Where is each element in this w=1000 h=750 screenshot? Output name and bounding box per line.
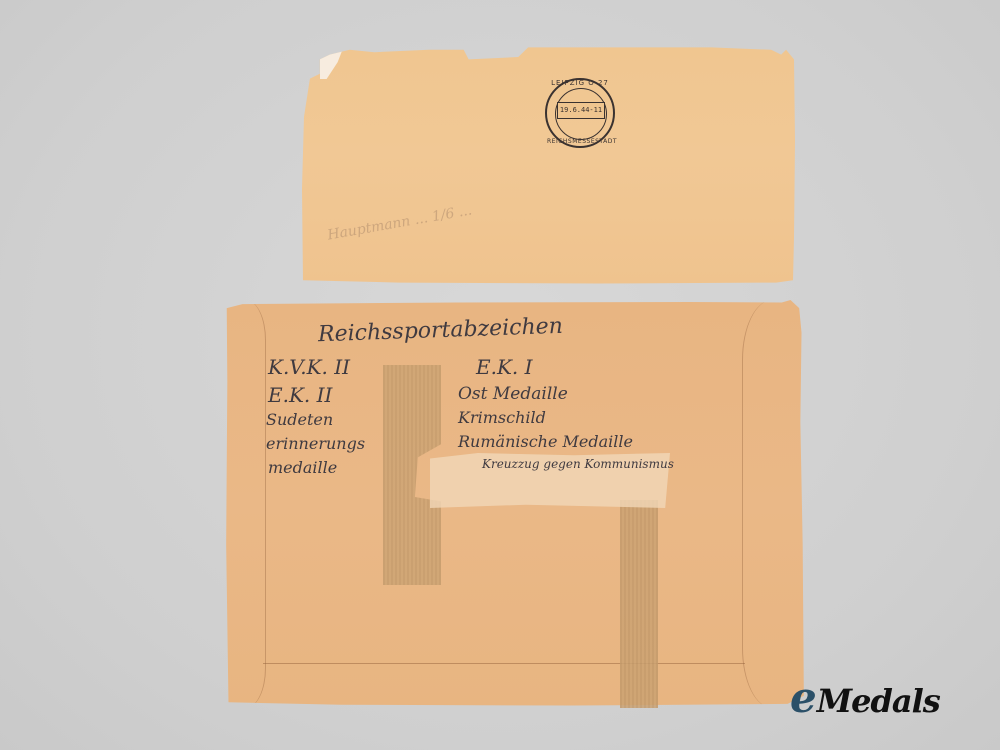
postmark-stamp: LEIPZIG O 27 19.6.44-11 REICHSMESSESTADT (545, 78, 615, 148)
handwriting-left-line: K.V.K. II (268, 355, 350, 379)
postmark-bottom-text: REICHSMESSESTADT (547, 138, 613, 145)
handwriting-right-line: E.K. I (476, 355, 533, 379)
envelope-left-flap (225, 300, 266, 708)
handwriting-left-line: medaille (268, 458, 337, 477)
handwriting-right-line: Krimschild (458, 408, 546, 427)
logo-e: e (790, 673, 817, 722)
handwriting-right-line: Kreuzzug gegen Kommunismus (482, 457, 674, 471)
handwriting-right-line: Ost Medaille (458, 384, 568, 404)
envelope-right-flap (742, 300, 805, 708)
handwriting-left-line: erinnerungs (266, 434, 365, 453)
tape-residue (620, 500, 658, 708)
handwriting-left-line: Sudeten (266, 410, 333, 429)
postmark-top-text: LEIPZIG O 27 (547, 79, 613, 87)
logo-text: Medals (817, 682, 940, 720)
handwriting-left-line: E.K. II (268, 383, 332, 407)
handwriting-right-line: Rumänische Medaille (458, 432, 633, 451)
postmark-date: 19.6.44-11 (557, 102, 605, 119)
envelope-bottom-fold (263, 663, 745, 664)
emedals-watermark-logo: eMedals (790, 678, 940, 718)
